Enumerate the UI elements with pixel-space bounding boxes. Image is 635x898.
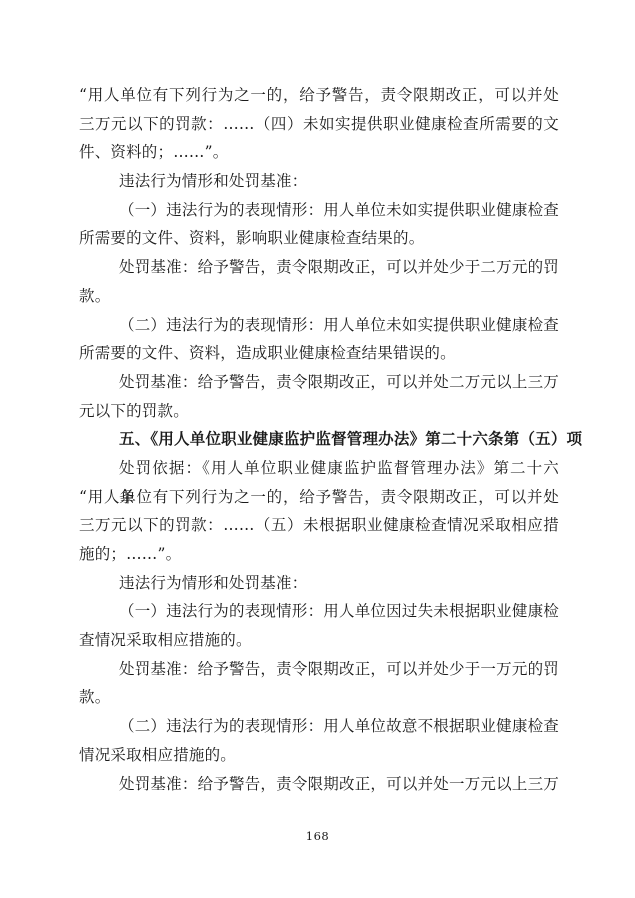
section-heading-line: 五、《用人单位职业健康监护监督管理办法》第二十六条第（五）项 (79, 425, 559, 454)
text-line: （一）违法行为的表现情形：用人单位未如实提供职业健康检查 (79, 196, 559, 225)
text-line: 施的；……”。 (79, 540, 559, 569)
text-line: （二）违法行为的表现情形：用人单位故意不根据职业健康检查 (79, 712, 559, 741)
document-page: “用人单位有下列行为之一的，给予警告，责令限期改正，可以并处三万元以下的罚款：…… (0, 0, 635, 898)
text-line: 三万元以下的罚款：……（四）未如实提供职业健康检查所需要的文 (79, 110, 559, 139)
text-line: 处罚基准：给予警告，责令限期改正，可以并处少于一万元的罚 (79, 655, 559, 684)
text-line: 件、资料的；……”。 (79, 138, 559, 167)
text-line: 情况采取相应措施的。 (79, 741, 559, 770)
text-line: （一）违法行为的表现情形：用人单位因过失未根据职业健康检 (79, 597, 559, 626)
text-line: “用人单位有下列行为之一的，给予警告，责令限期改正，可以并处 (79, 81, 559, 110)
text-line: 所需要的文件、资料，影响职业健康检查结果的。 (79, 224, 559, 253)
text-line: 款。 (79, 282, 559, 311)
text-line: “用人单位有下列行为之一的，给予警告，责令限期改正，可以并处 (79, 483, 559, 512)
page-number: 168 (0, 829, 635, 843)
text-line: 款。 (79, 683, 559, 712)
text-line: 元以下的罚款。 (79, 397, 559, 426)
text-line: 处罚依据：《用人单位职业健康监护监督管理办法》第二十六条： (79, 454, 559, 483)
text-line: （二）违法行为的表现情形：用人单位未如实提供职业健康检查 (79, 311, 559, 340)
text-line: 查情况采取相应措施的。 (79, 626, 559, 655)
text-line: 三万元以下的罚款：……（五）未根据职业健康检查情况采取相应措 (79, 511, 559, 540)
text-line: 违法行为情形和处罚基准： (79, 167, 559, 196)
text-line: 处罚基准：给予警告，责令限期改正，可以并处少于二万元的罚 (79, 253, 559, 282)
text-line: 处罚基准：给予警告，责令限期改正，可以并处一万元以上三万 (79, 770, 559, 799)
document-text-block: “用人单位有下列行为之一的，给予警告，责令限期改正，可以并处三万元以下的罚款：…… (79, 81, 559, 798)
text-line: 所需要的文件、资料，造成职业健康检查结果错误的。 (79, 339, 559, 368)
text-line: 违法行为情形和处罚基准： (79, 569, 559, 598)
text-line: 处罚基准：给予警告，责令限期改正，可以并处二万元以上三万 (79, 368, 559, 397)
